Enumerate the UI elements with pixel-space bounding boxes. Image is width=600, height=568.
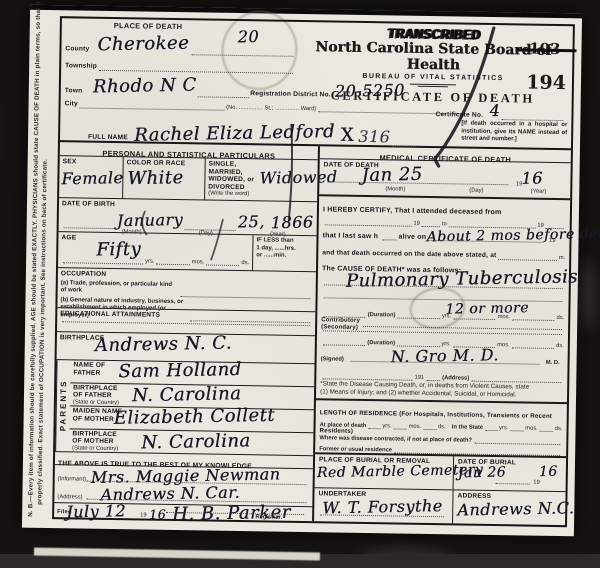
age-cell: AGE Fifty yrs. mos. ds. xyxy=(58,232,253,270)
mother-birthplace-row: BIRTHPLACE OF MOTHER (State or Country) … xyxy=(69,429,313,455)
marital-caption: (Write the word) xyxy=(208,191,317,199)
occupation-row: OCCUPATION (a) Trade, profession, or par… xyxy=(57,268,316,312)
town-leader xyxy=(198,93,248,98)
township-leader xyxy=(99,66,293,73)
certificate-no-value: 4 xyxy=(489,101,500,120)
if-less-cell: IF LESS than 1 day, ......hrs. or ......… xyxy=(252,235,317,271)
race-value: White xyxy=(127,167,184,189)
last-saw-19: 19 xyxy=(549,238,556,244)
dod-day-caption: (Day) xyxy=(469,188,483,194)
parents-vertical-label: PARENTS xyxy=(55,360,70,451)
filed-row: Filed July 12 19 16 H. B. Parker Registr… xyxy=(54,502,312,521)
undertaker-address-cell: ADDRESS Andrews N.C. xyxy=(453,490,565,525)
informant-address-label: (Address) xyxy=(57,494,82,500)
filed-year-value: 16 xyxy=(149,507,166,522)
title-block: TRANSCRIBED North Carolina State Board o… xyxy=(313,23,554,107)
last-saw-row: that I last saw h alive on About 2 mos b… xyxy=(318,225,569,248)
dob-day-value: 25, xyxy=(238,212,265,232)
undertaker-address-value: Andrews N.C. xyxy=(457,498,574,519)
full-name-value: Rachel Eliza Ledford xyxy=(134,121,335,146)
personal-column: PERSONAL AND STATISTICAL PARTICULARS SEX… xyxy=(54,142,318,521)
last-saw-post: alive on xyxy=(399,233,427,241)
county-number: 20 xyxy=(237,27,259,46)
form-body: PERSONAL AND STATISTICAL PARTICULARS SEX… xyxy=(54,142,571,525)
sex-value: Female xyxy=(61,168,123,188)
hospital-note: [If death occurred in a hospital or inst… xyxy=(461,120,567,144)
county-leader xyxy=(191,51,293,57)
full-name-label: FULL NAME xyxy=(88,134,128,142)
former-residence-label: Former or usual residence xyxy=(319,446,392,453)
sex-label: SEX xyxy=(63,158,123,167)
city-label: City xyxy=(65,100,78,108)
birthplace-value: Andrews N. C. xyxy=(95,333,233,357)
scanner-background-blob xyxy=(578,260,596,330)
full-name-x-mark: X xyxy=(341,125,355,146)
dod-month-caption: (Month) xyxy=(385,186,405,192)
father-name-value: Sam Holland xyxy=(118,359,242,382)
marital-cell: SINGLE, MARRIED, WIDOWED, or DIVORCED (W… xyxy=(205,158,318,201)
full-name-pencil-number: 316 xyxy=(358,127,390,147)
duration-value: 12 or more xyxy=(445,300,529,318)
mother-name-value: Elizabeth Collett xyxy=(114,405,276,429)
dob-row: DATE OF BIRTH January 25, 1866 (Month) (… xyxy=(59,198,318,236)
sex-race-marital-row: SEX Female COLOR OR RACE White SINGLE, M… xyxy=(59,156,318,202)
occupation-a-leader xyxy=(181,293,311,299)
medical-column: MEDICAL CERTIFICATE OF DEATH DATE OF DEA… xyxy=(312,146,571,525)
burial-block: PLACE OF BURIAL OR REMOVAL Red Marble Ce… xyxy=(314,454,566,525)
county-label: County xyxy=(65,46,89,54)
burial-place-cell: PLACE OF BURIAL OR REMOVAL Red Marble Ce… xyxy=(315,454,454,490)
town-label: Town xyxy=(65,88,83,96)
informant-label: (Informant) xyxy=(58,476,86,482)
burial-date-value: Jan 26 xyxy=(458,464,507,481)
dob-leader xyxy=(64,224,115,229)
dod-year-caption: (Year) xyxy=(531,189,547,195)
occupation-a-label: (a) Trade, profession, or particular kin… xyxy=(61,280,179,297)
registrar-label: Registrar. xyxy=(255,514,282,520)
father-birthplace-value: N. Carolina xyxy=(132,383,242,406)
sex-cell: SEX Female xyxy=(59,156,124,198)
burial-date-cell: DATE OF BURIAL Jan 26 19 16 xyxy=(454,456,566,492)
parents-block: PARENTS NAME OF FATHER Sam Holland BIRTH… xyxy=(55,360,314,456)
city-leader xyxy=(80,104,224,110)
signed-caption: (Signed) xyxy=(321,356,344,362)
mother-birthplace-label: BIRTHPLACE OF MOTHER xyxy=(72,430,122,446)
age-ds-label: ds. xyxy=(241,260,249,266)
if-less-line3: or ......min. xyxy=(256,252,314,260)
board-title: North Carolina State Board of Health xyxy=(313,39,553,75)
dod-year-value: 16 xyxy=(521,168,543,187)
burial-year-print: 19 xyxy=(533,480,540,486)
town-value: Rhodo N C xyxy=(92,75,196,98)
certificate-no-label: Certificate No. xyxy=(435,111,483,119)
void-form-number: 103 xyxy=(529,40,561,58)
last-saw-pre: that I last saw h xyxy=(323,232,379,241)
footnote-row: *State the Disease Causing Death, or, in… xyxy=(316,379,567,404)
county-row: County Cherokee 20 xyxy=(65,32,295,57)
page-number: 194 xyxy=(526,72,566,95)
place-of-death-label: PLACE OF DEATH xyxy=(114,21,183,31)
age-mos-label: mos. xyxy=(192,259,205,265)
age-label: AGE xyxy=(61,234,252,245)
form-header: PLACE OF DEATH County Cherokee 20 Townsh… xyxy=(60,18,573,150)
death-certificate-document: N. B.—Every item of information should b… xyxy=(22,5,582,537)
father-name-label: NAME OF FATHER xyxy=(73,361,117,377)
filed-date-value: July 12 xyxy=(66,501,126,521)
signed-row: (Signed) N. Gro M. D. M. D. xyxy=(317,345,568,370)
bureau-rule2 xyxy=(418,86,448,87)
filed-year-print: 19 xyxy=(140,512,147,518)
father-birthplace-label: BIRTHPLACE OF FATHER xyxy=(73,384,123,400)
certificate-no-row: Certificate No. 4 xyxy=(435,100,565,121)
full-name-leader xyxy=(392,142,416,146)
marital-label: SINGLE, MARRIED, WIDOWED, or DIVORCED xyxy=(208,161,260,192)
burial-year-value: 16 xyxy=(539,464,558,480)
certificate-form: PLACE OF DEATH County Cherokee 20 Townsh… xyxy=(52,16,575,527)
mother-birthplace-value: N. Carolina xyxy=(141,430,251,453)
undertaker-cell: UNDERTAKER W. T. Forsythe xyxy=(314,488,453,523)
dob-year-value: 1866 xyxy=(271,212,314,232)
dob-month-value: January xyxy=(117,210,184,230)
age-yrs-label: yrs. xyxy=(145,259,154,265)
md-print: M. D. xyxy=(546,360,560,366)
county-value: Cherokee xyxy=(97,33,189,56)
last-saw-value: About 2 mos before death xyxy=(426,226,600,246)
township-row: Township xyxy=(65,62,295,73)
race-cell: COLOR OR RACE White xyxy=(123,157,206,199)
dod-row: DATE OF DEATH Jan 25 (Month) (Day) 19 16… xyxy=(319,159,571,200)
township-label: Township xyxy=(65,62,97,70)
age-row: AGE Fifty yrs. mos. ds. IF LESS than xyxy=(58,232,317,272)
city-caption: (No. ............... St.; ..............… xyxy=(226,104,316,111)
